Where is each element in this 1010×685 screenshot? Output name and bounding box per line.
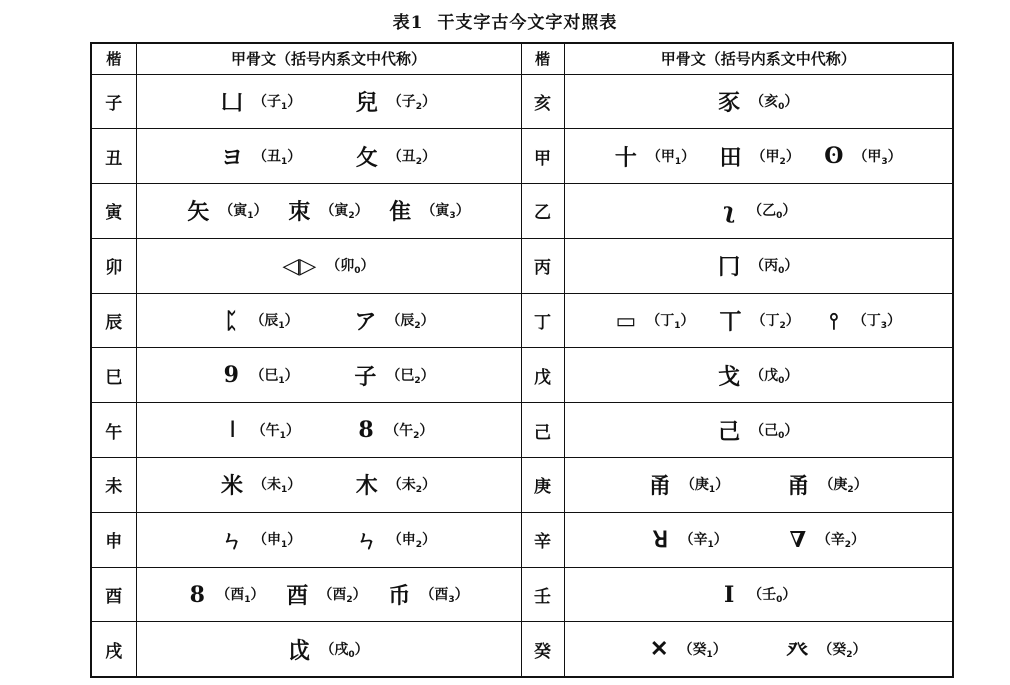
kaishu-char-right: 癸	[521, 622, 564, 677]
paren-open: （	[219, 203, 233, 219]
oracle-bone-cell-left: ◁▷（卯0）	[136, 238, 521, 293]
form-code-char: 寅	[435, 203, 449, 219]
paren-close: ）	[355, 203, 369, 219]
header-jgw-left: 甲骨文（括号内系文中代称）	[136, 43, 521, 74]
paren-open: （	[853, 313, 867, 329]
oracle-bone-form: 9（巳1）	[222, 362, 298, 388]
form-code: （丑1）	[253, 146, 301, 167]
paren-open: （	[253, 532, 267, 548]
form-code-char: 巳	[264, 368, 278, 384]
table-row: 寅矢（寅1）朿（寅2）隹（寅3）乙ʅ（乙0）	[91, 184, 953, 239]
kaishu-char-left: 戌	[91, 622, 136, 677]
paren-open: （	[421, 203, 435, 219]
paren-close: ）	[887, 313, 901, 329]
oracle-bone-cell-left: 凵（子1）兒（子2）	[136, 74, 521, 129]
oracle-bone-glyph-icon: 隹	[389, 195, 411, 226]
table-row: 酉8（酉1）酉（酉2）币（酉3）壬I（壬0）	[91, 567, 953, 622]
kaishu-char-right: 壬	[521, 567, 564, 622]
paren-close: ）	[784, 258, 798, 274]
kaishu-char-right: 己	[521, 403, 564, 458]
oracle-bone-form: ㄣ（申2）	[356, 524, 436, 555]
oracle-bone-glyph-icon: 矢	[187, 195, 209, 226]
oracle-bone-form: 木（未2）	[356, 469, 436, 500]
oracle-bone-glyph-icon: ア	[354, 305, 376, 336]
kaishu-char-right: 丁	[521, 293, 564, 348]
kaishu-char-right: 辛	[521, 512, 564, 567]
paren-close: ）	[421, 313, 435, 329]
oracle-bone-cell-right: 冂（丙0）	[564, 238, 953, 293]
oracle-bone-forms: ʅ（乙0）	[565, 198, 953, 224]
oracle-bone-form: ∇（辛2）	[789, 527, 865, 553]
oracle-bone-form: 攵（丑2）	[356, 141, 436, 172]
paren-close: ）	[786, 149, 800, 165]
paren-close: ）	[285, 313, 299, 329]
oracle-bone-cell-left: 9（巳1）子（巳2）	[136, 348, 521, 403]
oracle-bone-form: ▭（丁1）	[615, 308, 694, 334]
oracle-bone-form: 朿（寅2）	[288, 195, 368, 226]
paren-close: ）	[254, 203, 268, 219]
oracle-bone-cell-right: 豕（亥0）	[564, 74, 953, 129]
form-code: （午2）	[385, 420, 433, 441]
paren-close: ）	[715, 477, 729, 493]
oracle-bone-cell-left: 矢（寅1）朿（寅2）隹（寅3）	[136, 184, 521, 239]
paren-close: ）	[456, 203, 470, 219]
oracle-bone-glyph-icon: 丅	[720, 305, 742, 336]
oracle-bone-glyph-icon: ꓤ	[651, 527, 669, 553]
paren-open: （	[647, 149, 661, 165]
form-code: （子1）	[253, 91, 301, 112]
kaishu-char-left: 辰	[91, 293, 136, 348]
oracle-bone-glyph-icon: 甬	[649, 469, 671, 500]
paren-open: （	[748, 203, 762, 219]
paren-open: （	[250, 313, 264, 329]
paren-close: ）	[681, 149, 695, 165]
paren-close: ）	[422, 532, 436, 548]
form-code: （子2）	[388, 91, 436, 112]
form-code-char: 丑	[402, 149, 416, 165]
form-code-char: 申	[402, 532, 416, 548]
oracle-bone-glyph-icon: 兒	[356, 86, 378, 117]
oracle-bone-form: ʅ（乙0）	[720, 198, 796, 224]
paren-open: （	[750, 368, 764, 384]
kaishu-char-left: 未	[91, 458, 136, 513]
paren-open: （	[819, 477, 833, 493]
form-code: （寅3）	[421, 200, 469, 221]
oracle-bone-forms: 9（巳1）子（巳2）	[137, 360, 521, 391]
table-row: 丑ヨ（丑1）攵（丑2）甲十（甲1）田（甲2）ʘ（甲3）	[91, 129, 953, 184]
paren-close: ）	[786, 313, 800, 329]
form-code-char: 庚	[833, 477, 847, 493]
oracle-bone-forms: I（壬0）	[565, 582, 953, 608]
paren-open: （	[326, 258, 340, 274]
paren-close: ）	[782, 203, 796, 219]
kaishu-char-right: 庚	[521, 458, 564, 513]
form-code: （丙0）	[750, 255, 798, 276]
form-code-char: 酉	[332, 587, 346, 603]
oracle-bone-forms: 甬（庚1）甬（庚2）	[565, 469, 953, 500]
oracle-bone-forms: 十（甲1）田（甲2）ʘ（甲3）	[565, 141, 953, 172]
form-code-char: 辛	[831, 532, 845, 548]
oracle-bone-cell-right: ▭（丁1）丅（丁2）⫯（丁3）	[564, 293, 953, 348]
table-row: 戌戉（戌0）癸✕（癸1）癶（癸2）	[91, 622, 953, 677]
oracle-bone-forms: 豕（亥0）	[565, 86, 953, 117]
paren-close: ）	[784, 94, 798, 110]
oracle-bone-cell-left: ヨ（丑1）攵（丑2）	[136, 129, 521, 184]
oracle-bone-forms: ᛈ（辰1）ア（辰2）	[137, 305, 521, 336]
paren-open: （	[388, 94, 402, 110]
paren-open: （	[386, 313, 400, 329]
paren-close: ）	[422, 149, 436, 165]
form-code-char: 戌	[334, 642, 348, 658]
oracle-bone-cell-right: 十（甲1）田（甲2）ʘ（甲3）	[564, 129, 953, 184]
paren-close: ）	[251, 587, 265, 603]
oracle-bone-forms: ▭（丁1）丅（丁2）⫯（丁3）	[565, 305, 953, 336]
oracle-bone-glyph-icon: ∇	[789, 527, 807, 553]
paren-close: ）	[681, 313, 695, 329]
paren-open: （	[750, 423, 764, 439]
form-code-char: 未	[267, 477, 281, 493]
form-code-char: 丁	[660, 313, 674, 329]
form-code-char: 子	[267, 94, 281, 110]
oracle-bone-forms: ヨ（丑1）攵（丑2）	[137, 141, 521, 172]
oracle-bone-form: I（壬0）	[720, 582, 796, 608]
paren-open: （	[752, 313, 766, 329]
oracle-bone-forms: 戉（戌0）	[137, 634, 521, 665]
form-code: （壬0）	[748, 584, 796, 605]
oracle-bone-glyph-icon: 酉	[286, 579, 308, 610]
form-code: （酉2）	[318, 584, 366, 605]
oracle-bone-form: 酉（酉2）	[286, 579, 366, 610]
paren-open: （	[388, 477, 402, 493]
oracle-bone-form: 癶（癸2）	[786, 634, 866, 665]
paren-close: ）	[287, 477, 301, 493]
oracle-bone-form: 豕（亥0）	[718, 86, 798, 117]
form-code: （申2）	[388, 529, 436, 550]
oracle-bone-forms: ◁▷（卯0）	[137, 253, 521, 279]
oracle-bone-cell-left: ǀ（午1）8（午2）	[136, 403, 521, 458]
kaishu-char-left: 丑	[91, 129, 136, 184]
kaishu-char-left: 申	[91, 512, 136, 567]
form-code: （乙0）	[748, 200, 796, 221]
oracle-bone-cell-left: ᛈ（辰1）ア（辰2）	[136, 293, 521, 348]
oracle-bone-glyph-icon: 冂	[718, 250, 740, 281]
oracle-bone-form: ʘ（甲3）	[824, 143, 901, 169]
table-row: 辰ᛈ（辰1）ア（辰2）丁▭（丁1）丅（丁2）⫯（丁3）	[91, 293, 953, 348]
form-code: （未2）	[388, 474, 436, 495]
oracle-bone-glyph-icon: 豕	[718, 86, 740, 117]
paren-close: ）	[854, 477, 868, 493]
form-code-char: 壬	[762, 587, 776, 603]
table-number: 表1	[393, 13, 424, 33]
paren-open: （	[318, 587, 332, 603]
oracle-bone-form: 8（午2）	[357, 417, 433, 443]
oracle-bone-cell-right: I（壬0）	[564, 567, 953, 622]
form-code-char: 戊	[764, 368, 778, 384]
form-code: （午1）	[252, 420, 300, 441]
form-code: （癸1）	[678, 639, 726, 660]
table-title-text: 干支字古今文字对照表	[437, 13, 617, 33]
oracle-bone-glyph-icon: 9	[222, 362, 240, 388]
form-code-char: 丁	[867, 313, 881, 329]
form-code-char: 寅	[334, 203, 348, 219]
paren-open: （	[252, 423, 266, 439]
header-kai-left: 楷	[91, 43, 136, 74]
oracle-bone-glyph-icon: 十	[615, 141, 637, 172]
paren-open: （	[678, 642, 692, 658]
paren-open: （	[646, 313, 660, 329]
paren-close: ）	[714, 532, 728, 548]
kaishu-char-left: 卯	[91, 238, 136, 293]
form-code-char: 亥	[764, 94, 778, 110]
oracle-bone-glyph-icon: ▭	[615, 308, 636, 334]
form-code-char: 庚	[695, 477, 709, 493]
paren-close: ）	[422, 477, 436, 493]
form-code: （丁1）	[646, 310, 694, 331]
form-code-char: 午	[399, 423, 413, 439]
oracle-bone-glyph-icon: 戉	[288, 634, 310, 665]
paren-close: ）	[287, 532, 301, 548]
form-code: （巳2）	[386, 365, 434, 386]
paren-open: （	[385, 423, 399, 439]
form-code: （辛2）	[817, 529, 865, 550]
form-code-char: 酉	[230, 587, 244, 603]
form-code-char: 丙	[764, 258, 778, 274]
oracle-bone-glyph-icon: ◁▷	[282, 253, 316, 279]
header-kai-right: 楷	[521, 43, 564, 74]
oracle-bone-glyph-icon: ᛈ	[222, 308, 240, 334]
form-code: （申1）	[253, 529, 301, 550]
oracle-bone-form: ア（辰2）	[354, 305, 434, 336]
oracle-bone-glyph-icon: 己	[718, 415, 740, 446]
paren-close: ）	[361, 258, 375, 274]
kaishu-char-right: 乙	[521, 184, 564, 239]
oracle-bone-glyph-icon: ǀ	[224, 417, 242, 443]
form-code: （亥0）	[750, 91, 798, 112]
paren-open: （	[679, 532, 693, 548]
oracle-bone-form: ✕（癸1）	[650, 636, 727, 662]
form-code-char: 甲	[766, 149, 780, 165]
paren-open: （	[253, 477, 267, 493]
form-code-char: 己	[764, 423, 778, 439]
paren-open: （	[388, 149, 402, 165]
oracle-bone-glyph-icon: ㄣ	[221, 524, 243, 555]
form-code: （庚2）	[819, 474, 867, 495]
oracle-bone-form: ᛈ（辰1）	[222, 308, 298, 334]
paren-close: ）	[782, 587, 796, 603]
oracle-bone-glyph-icon: 甬	[787, 469, 809, 500]
table-row: 申ㄣ（申1）ㄣ（申2）辛ꓤ（辛1）∇（辛2）	[91, 512, 953, 567]
paren-close: ）	[888, 149, 902, 165]
form-code: （丁3）	[853, 310, 901, 331]
form-code-char: 辰	[400, 313, 414, 329]
oracle-bone-forms: ㄣ（申1）ㄣ（申2）	[137, 524, 521, 555]
oracle-bone-glyph-icon: 朿	[288, 195, 310, 226]
form-code: （巳1）	[250, 365, 298, 386]
table-title: 表1干支字古今文字对照表	[0, 8, 1010, 33]
oracle-bone-forms: 戈（戊0）	[565, 360, 953, 391]
paren-close: ）	[419, 423, 433, 439]
oracle-bone-glyph-icon: 8	[188, 582, 206, 608]
kaishu-char-left: 午	[91, 403, 136, 458]
form-code: （丑2）	[388, 146, 436, 167]
oracle-bone-cell-right: ✕（癸1）癶（癸2）	[564, 622, 953, 677]
kaishu-char-left: 酉	[91, 567, 136, 622]
oracle-bone-form: 戉（戌0）	[288, 634, 368, 665]
oracle-bone-cell-right: 己（己0）	[564, 403, 953, 458]
paren-open: （	[253, 94, 267, 110]
form-code-char: 癸	[832, 642, 846, 658]
form-code-char: 午	[266, 423, 280, 439]
oracle-bone-forms: ✕（癸1）癶（癸2）	[565, 634, 953, 665]
oracle-bone-glyph-icon: 癶	[786, 634, 808, 665]
oracle-bone-form: 冂（丙0）	[718, 250, 798, 281]
oracle-bone-forms: 米（未1）木（未2）	[137, 469, 521, 500]
kaishu-char-right: 戊	[521, 348, 564, 403]
form-code: （辛1）	[679, 529, 727, 550]
oracle-bone-glyph-icon: ʅ	[720, 198, 738, 224]
table-row: 卯◁▷（卯0）丙冂（丙0）	[91, 238, 953, 293]
oracle-bone-glyph-icon: 戈	[718, 360, 740, 391]
paren-open: （	[420, 587, 434, 603]
oracle-bone-form: 甬（庚1）	[649, 469, 729, 500]
oracle-bone-glyph-icon: ヨ	[221, 141, 243, 172]
paren-close: ）	[287, 149, 301, 165]
form-code-char: 甲	[867, 149, 881, 165]
form-code: （辰1）	[250, 310, 298, 331]
form-code: （寅1）	[219, 200, 267, 221]
oracle-bone-forms: 矢（寅1）朿（寅2）隹（寅3）	[137, 195, 521, 226]
kaishu-char-right: 亥	[521, 74, 564, 129]
oracle-bone-glyph-icon: 币	[388, 579, 410, 610]
oracle-bone-forms: ǀ（午1）8（午2）	[137, 417, 521, 443]
oracle-bone-form: ꓤ（辛1）	[651, 527, 727, 553]
ganzhi-comparison-table: 楷 甲骨文（括号内系文中代称） 楷 甲骨文（括号内系文中代称） 子凵（子1）兒（…	[90, 42, 954, 678]
form-code: （戌0）	[320, 639, 368, 660]
oracle-bone-glyph-icon: 田	[720, 141, 742, 172]
form-code: （甲3）	[853, 146, 901, 167]
paren-open: （	[250, 368, 264, 384]
oracle-bone-glyph-icon: 8	[357, 417, 375, 443]
form-code: （酉3）	[420, 584, 468, 605]
oracle-bone-form: 戈（戊0）	[718, 360, 798, 391]
oracle-bone-form: 兒（子2）	[356, 86, 436, 117]
oracle-bone-glyph-icon: 米	[221, 469, 243, 500]
form-code-char: 酉	[434, 587, 448, 603]
table-row: 午ǀ（午1）8（午2）己己（己0）	[91, 403, 953, 458]
oracle-bone-form: ヨ（丑1）	[221, 141, 301, 172]
oracle-bone-glyph-icon: 凵	[221, 86, 243, 117]
oracle-bone-cell-right: ꓤ（辛1）∇（辛2）	[564, 512, 953, 567]
form-code-char: 丁	[766, 313, 780, 329]
oracle-bone-form: 子（巳2）	[354, 360, 434, 391]
paren-close: ）	[455, 587, 469, 603]
form-code-char: 卯	[340, 258, 354, 274]
form-code-char: 甲	[661, 149, 675, 165]
oracle-bone-form: ㄣ（申1）	[221, 524, 301, 555]
paren-open: （	[253, 149, 267, 165]
form-code: （寅2）	[320, 200, 368, 221]
form-code-char: 未	[402, 477, 416, 493]
form-code: （戊0）	[750, 365, 798, 386]
kaishu-char-right: 丙	[521, 238, 564, 293]
form-code-char: 申	[267, 532, 281, 548]
table-row: 子凵（子1）兒（子2）亥豕（亥0）	[91, 74, 953, 129]
oracle-bone-glyph-icon: ⫯	[825, 308, 843, 334]
kaishu-char-right: 甲	[521, 129, 564, 184]
oracle-bone-cell-left: ㄣ（申1）ㄣ（申2）	[136, 512, 521, 567]
oracle-bone-cell-right: 甬（庚1）甬（庚2）	[564, 458, 953, 513]
paren-open: （	[817, 532, 831, 548]
oracle-bone-form: 丅（丁2）	[720, 305, 800, 336]
kaishu-char-left: 巳	[91, 348, 136, 403]
form-code: （未1）	[253, 474, 301, 495]
oracle-bone-form: 己（己0）	[718, 415, 798, 446]
paren-close: ）	[852, 642, 866, 658]
form-code: （甲2）	[752, 146, 800, 167]
oracle-bone-forms: ꓤ（辛1）∇（辛2）	[565, 527, 953, 553]
paren-open: （	[853, 149, 867, 165]
kaishu-char-left: 子	[91, 74, 136, 129]
paren-open: （	[818, 642, 832, 658]
form-code: （丁2）	[752, 310, 800, 331]
oracle-bone-form: 米（未1）	[221, 469, 301, 500]
oracle-bone-forms: 己（己0）	[565, 415, 953, 446]
paren-open: （	[388, 532, 402, 548]
paren-close: ）	[422, 94, 436, 110]
form-code-char: 乙	[762, 203, 776, 219]
form-code: （己0）	[750, 420, 798, 441]
oracle-bone-form: 8（酉1）	[188, 582, 264, 608]
form-code: （酉1）	[216, 584, 264, 605]
paren-close: ）	[784, 368, 798, 384]
form-code-char: 辛	[693, 532, 707, 548]
paren-close: ）	[355, 642, 369, 658]
oracle-bone-cell-right: 戈（戊0）	[564, 348, 953, 403]
oracle-bone-form: 十（甲1）	[615, 141, 695, 172]
oracle-bone-cell-right: ʅ（乙0）	[564, 184, 953, 239]
paren-close: ）	[285, 368, 299, 384]
oracle-bone-glyph-icon: ✕	[650, 636, 668, 662]
oracle-bone-glyph-icon: ㄣ	[356, 524, 378, 555]
kaishu-char-left: 寅	[91, 184, 136, 239]
form-code-char: 寅	[233, 203, 247, 219]
form-code: （甲1）	[647, 146, 695, 167]
table-row: 未米（未1）木（未2）庚甬（庚1）甬（庚2）	[91, 458, 953, 513]
paren-close: ）	[713, 642, 727, 658]
paren-open: （	[320, 203, 334, 219]
form-code: （卯0）	[326, 255, 374, 276]
oracle-bone-forms: 凵（子1）兒（子2）	[137, 86, 521, 117]
table-row: 巳9（巳1）子（巳2）戊戈（戊0）	[91, 348, 953, 403]
oracle-bone-form: 隹（寅3）	[389, 195, 469, 226]
table-header-row: 楷 甲骨文（括号内系文中代称） 楷 甲骨文（括号内系文中代称）	[91, 43, 953, 74]
oracle-bone-cell-left: 8（酉1）酉（酉2）币（酉3）	[136, 567, 521, 622]
paren-open: （	[681, 477, 695, 493]
paren-close: ）	[287, 94, 301, 110]
paren-open: （	[752, 149, 766, 165]
oracle-bone-cell-left: 戉（戌0）	[136, 622, 521, 677]
form-code-char: 辰	[264, 313, 278, 329]
paren-open: （	[750, 258, 764, 274]
oracle-bone-form: 甬（庚2）	[787, 469, 867, 500]
paren-close: ）	[851, 532, 865, 548]
oracle-bone-glyph-icon: I	[720, 582, 738, 608]
oracle-bone-form: ◁▷（卯0）	[282, 253, 374, 279]
oracle-bone-form: 矢（寅1）	[187, 195, 267, 226]
form-code-char: 癸	[692, 642, 706, 658]
form-code: （庚1）	[681, 474, 729, 495]
oracle-bone-form: 凵（子1）	[221, 86, 301, 117]
